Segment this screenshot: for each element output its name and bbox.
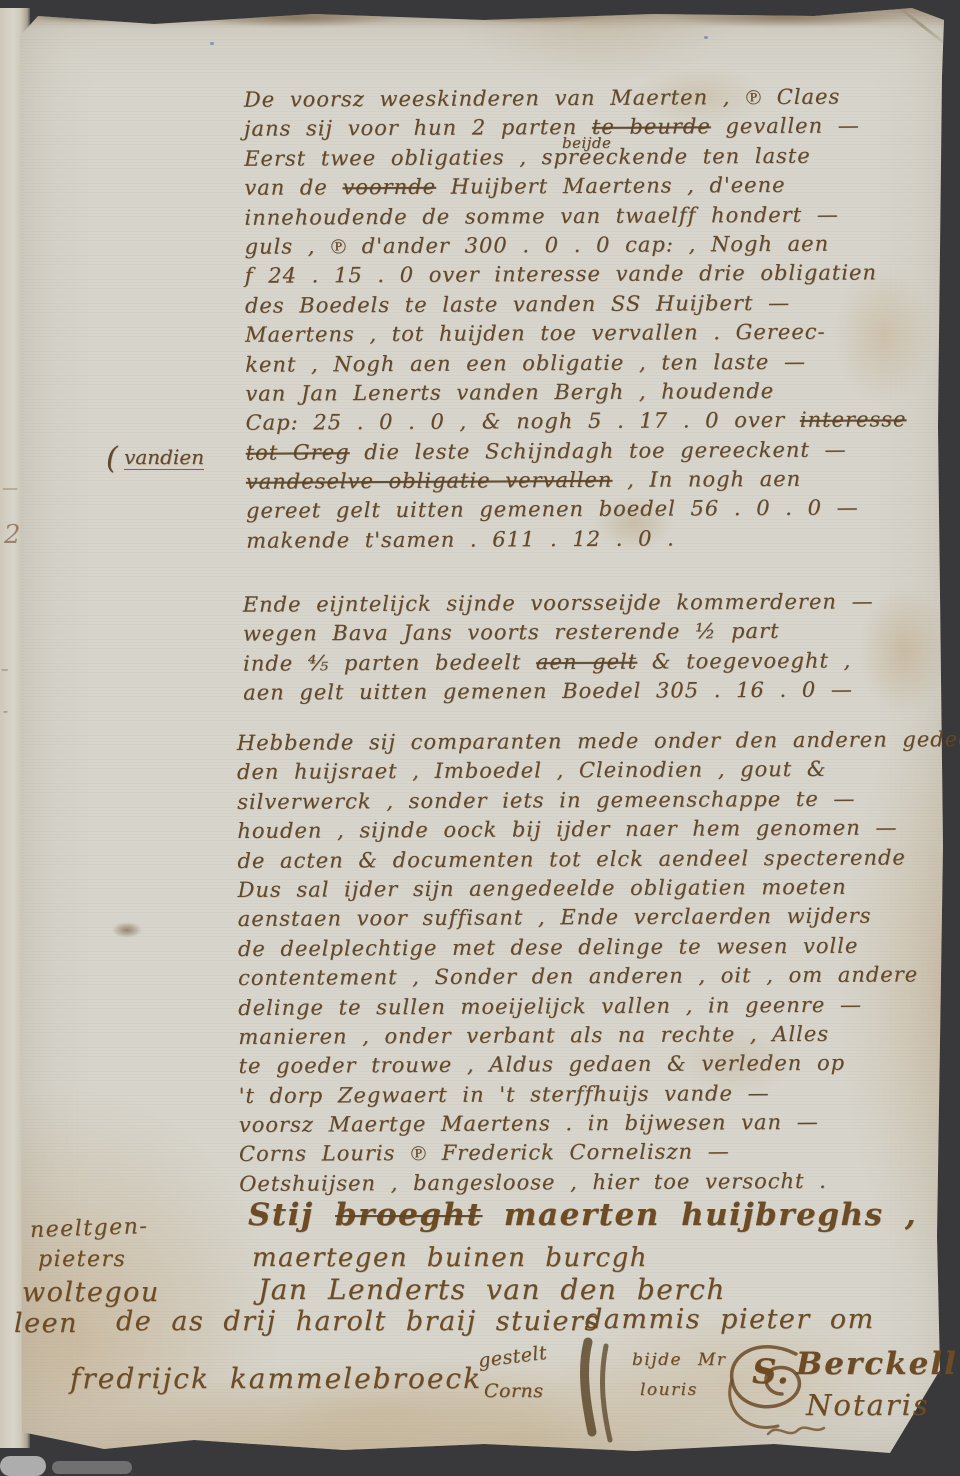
handwritten-text: houden , sijnde oock bij ijder naer hem … — [237, 816, 897, 843]
manuscript-line: den huijsraet , Imboedel , Cleinodien , … — [237, 754, 960, 787]
handwritten-text: makende t'samen . 611 . 12 . 0 . — [246, 526, 675, 552]
handwritten-text: te goeder trouwe , Aldus gedaen & verled… — [238, 1051, 845, 1078]
deckle-edge-top — [14, 6, 954, 32]
margin-name-woltegou: woltegou — [22, 1277, 160, 1308]
handwritten-text: & toegevoeght , — [637, 648, 851, 673]
notary-name: Berckell — [796, 1346, 958, 1382]
signature-maerten-huijbreghs: Stij broeght maerten huijbreghs , — [248, 1198, 917, 1232]
handwritten-text: Stij — [248, 1197, 335, 1233]
handwritten-text: maerten huijbreghs , — [482, 1197, 917, 1233]
handwritten-text: van de — [244, 175, 342, 200]
handwritten-text: Cap: 25 . 0 . 0 , & nogh 5 . 17 . 0 over — [245, 408, 799, 435]
struck-text: tot Greg — [246, 440, 350, 465]
handwritten-text: Ende eijntelijck sijnde voorsseijde komm… — [243, 589, 874, 616]
manuscript-line: van de voornde Huijbert Maertens , d'een… — [244, 170, 905, 203]
scanned-page: — 2 – - De voorsz weeskinderen van Maert… — [0, 0, 960, 1476]
signature-fredrijck: fredrijck kammelebroeck — [70, 1362, 482, 1395]
interlinear-insert: beijde — [562, 134, 611, 152]
struck-text: aen gelt — [536, 649, 637, 674]
manuscript-line: silverwerck , sonder iets in gemeenschap… — [237, 784, 960, 817]
handwritten-text: contentement , Sonder den anderen , oit … — [238, 963, 918, 991]
struck-text: vandeselve obligatie vervallen — [246, 468, 613, 494]
note-louris: louris — [640, 1380, 698, 1400]
ink-smudge — [112, 922, 142, 938]
manuscript-line: aen gelt uitten gemenen Boedel 305 . 16 … — [243, 676, 874, 709]
notary-initial: S. — [752, 1352, 790, 1392]
handwritten-text: gereet gelt uitten gemenen boedel 56 . 0… — [246, 496, 859, 523]
manuscript-line: wegen Bava Jans voorts resterende ½ part — [243, 617, 874, 650]
handwritten-text: 't dorp Zegwaert in 't sterffhuijs vande… — [239, 1081, 770, 1108]
manuscript-line: tot Greg die leste Schijndagh toe gereec… — [246, 435, 907, 468]
handwritten-text: de deelplechtige met dese delinge te wes… — [238, 933, 859, 960]
manuscript-line: inde ⅘ parten bedeelt aen gelt & toegevo… — [243, 646, 874, 679]
manuscript-paragraph-3: Hebbende sij comparanten mede onder den … — [237, 725, 960, 1199]
handwritten-text: gevallen — — [711, 114, 860, 139]
ink-speck — [704, 36, 708, 39]
handwritten-text: de acten & documenten tot elck aendeel s… — [237, 845, 905, 872]
manuscript-line: guls , ℗ d'ander 300 . 0 . 0 cap: , Nogh… — [245, 229, 906, 262]
manuscript-line: Cap: 25 . 0 . 0 , & nogh 5 . 17 . 0 over… — [245, 406, 906, 439]
manuscript-line: contentement , Sonder den anderen , oit … — [238, 960, 960, 993]
handwritten-text: Hebbende sij comparanten mede onder den … — [237, 727, 960, 755]
margin-note-bracket: ( — [106, 441, 118, 476]
manuscript-line: Corns Louris ℗ Frederick Corneliszn — — [239, 1136, 960, 1169]
note-bijde: bijde Mr — [632, 1350, 726, 1370]
handwritten-text: van Jan Lenerts vanden Bergh , houdende — [245, 379, 774, 406]
struck-text: interesse — [800, 408, 907, 433]
manuscript-line: 't dorp Zegwaert in 't sterffhuijs vande… — [239, 1078, 960, 1111]
handwritten-text: silverwerck , sonder iets in gemeenschap… — [237, 787, 855, 814]
bleedthrough-mark: - — [3, 702, 8, 720]
handwritten-text: Corns Louris ℗ Frederick Corneliszn — — [239, 1140, 730, 1167]
margin-name-pieters: pieters — [38, 1247, 126, 1272]
handwritten-text: Maertens , tot huijden toe vervallen . G… — [245, 320, 826, 347]
manuscript-line: manieren , onder verbant als na rechte ,… — [238, 1019, 960, 1052]
manuscript-line: Dus sal ijder sijn aengedeelde obligatie… — [238, 872, 960, 905]
manuscript-line: aenstaen voor suffisant , Ende verclaerd… — [238, 901, 960, 934]
ink-speck — [210, 42, 214, 45]
struck-text: broeght — [335, 1197, 482, 1233]
handwritten-text: De voorsz weeskinderen van Maerten , ℗ C… — [244, 85, 841, 112]
manuscript-line: delinge te sullen moeijelijck vallen , i… — [238, 990, 960, 1023]
manuscript-line: Oetshuijsen , bangesloose , hier toe ver… — [239, 1166, 960, 1199]
manuscript-paragraph-1: De voorsz weeskinderen van Maerten , ℗ C… — [244, 82, 907, 556]
manuscript-line: f 24 . 15 . 0 over interesse vande drie … — [245, 259, 906, 292]
ink-blot — [566, 1336, 626, 1446]
handwritten-text: guls , ℗ d'ander 300 . 0 . 0 cap: , Nogh… — [245, 232, 830, 259]
bleedthrough-mark: – — [1, 660, 9, 678]
manuscript-line: makende t'samen . 611 . 12 . 0 . — [246, 523, 907, 556]
manuscript-line: houden , sijnde oock bij ijder naer hem … — [237, 813, 960, 846]
signature-maertegen: maertegen buinen burcgh — [252, 1243, 648, 1273]
manuscript-line: gereet gelt uitten gemenen boedel 56 . 0… — [246, 494, 907, 527]
bleedthrough-numeral: 2 — [4, 520, 21, 550]
handwritten-text: die leste Schijndagh toe gereeckent — — [350, 437, 847, 464]
manuscript-line: vandeselve obligatie vervallen , In nogh… — [246, 464, 907, 497]
handwritten-text: Eerst twee obligaties , spreeckende ten … — [244, 144, 811, 171]
margin-note: ( vandien — [106, 441, 204, 476]
notary-squiggle — [764, 1418, 828, 1444]
handwritten-text: voorsz Maertge Maertens . in bijwesen va… — [239, 1110, 819, 1137]
handwritten-text: , In nogh aen — [612, 467, 801, 492]
margin-note-text: vandien — [124, 445, 204, 470]
margin-name-leen: leen — [14, 1308, 78, 1339]
manuscript-line: te goeder trouwe , Aldus gedaen & verled… — [238, 1048, 960, 1081]
struck-text: voornde — [342, 175, 436, 199]
manuscript-line: Hebbende sij comparanten mede onder den … — [237, 725, 960, 758]
manuscript-line: De voorsz weeskinderen van Maerten , ℗ C… — [244, 82, 905, 115]
handwritten-text: den huijsraet , Imboedel , Cleinodien , … — [237, 757, 827, 784]
manuscript-line: Ende eijntelijck sijnde voorsseijde komm… — [243, 587, 874, 620]
handwritten-text: inde ⅘ parten bedeelt — [243, 650, 536, 676]
manuscript-line: Stij broeght maerten huijbreghs , — [248, 1198, 917, 1232]
handwritten-text: f 24 . 15 . 0 over interesse vande drie … — [245, 261, 877, 288]
signature-row-left: de as drij harolt braij stuiers — [116, 1306, 600, 1337]
manuscript-line: voorsz Maertge Maertens . in bijwesen va… — [239, 1107, 960, 1140]
signature-dammis-pieter: dammis pieter om — [585, 1304, 875, 1335]
handwritten-text: aen gelt uitten gemenen Boedel 305 . 16 … — [243, 678, 853, 705]
manuscript-line: de acten & documenten tot elck aendeel s… — [237, 843, 960, 876]
manuscript-line: de deelplechtige met dese delinge te wes… — [238, 931, 960, 964]
manuscript-line: van Jan Lenerts vanden Bergh , houdende — [245, 376, 906, 409]
handwritten-text: Huijbert Maertens , d'eene — [436, 173, 786, 199]
handwritten-text: Oetshuijsen , bangesloose , hier toe ver… — [239, 1169, 827, 1196]
scan-artifact — [52, 1461, 132, 1474]
notary-title: Notaris — [806, 1388, 930, 1422]
handwritten-text: innehoudende de somme van twaelff honder… — [244, 202, 838, 229]
manuscript-paragraph-2: Ende eijntelijck sijnde voorsseijde komm… — [243, 587, 874, 708]
handwritten-text: delinge te sullen moeijelijck vallen , i… — [238, 992, 862, 1019]
handwritten-text: Dus sal ijder sijn aengedeelde obligatie… — [238, 875, 847, 902]
manuscript-line: des Boedels te laste vanden SS Huijbert … — [245, 288, 906, 321]
manuscript-line: innehoudende de somme van twaelff honder… — [244, 200, 905, 233]
signature-jan-lenderts: Jan Lenderts van den berch — [258, 1273, 726, 1306]
note-corns: Corns — [484, 1380, 544, 1402]
handwritten-text: jans sij voor hun 2 parten — [244, 115, 592, 141]
handwritten-text: aenstaen voor suffisant , Ende verclaerd… — [238, 904, 872, 931]
manuscript-line: Maertens , tot huijden toe vervallen . G… — [245, 317, 906, 350]
handwritten-text: des Boedels te laste vanden SS Huijbert … — [245, 291, 790, 318]
margin-name-neeltgen: neeltgen- — [30, 1214, 149, 1243]
handwritten-text: wegen Bava Jans voorts resterende ½ part — [243, 619, 780, 646]
manuscript-line: kent , Nogh aen een obligatie , ten last… — [245, 347, 906, 380]
bleedthrough-mark: — — [2, 478, 18, 497]
handwritten-text: manieren , onder verbant als na rechte ,… — [238, 1022, 829, 1049]
handwritten-text: kent , Nogh aen een obligatie , ten last… — [245, 349, 806, 376]
scan-artifact — [0, 1456, 46, 1476]
